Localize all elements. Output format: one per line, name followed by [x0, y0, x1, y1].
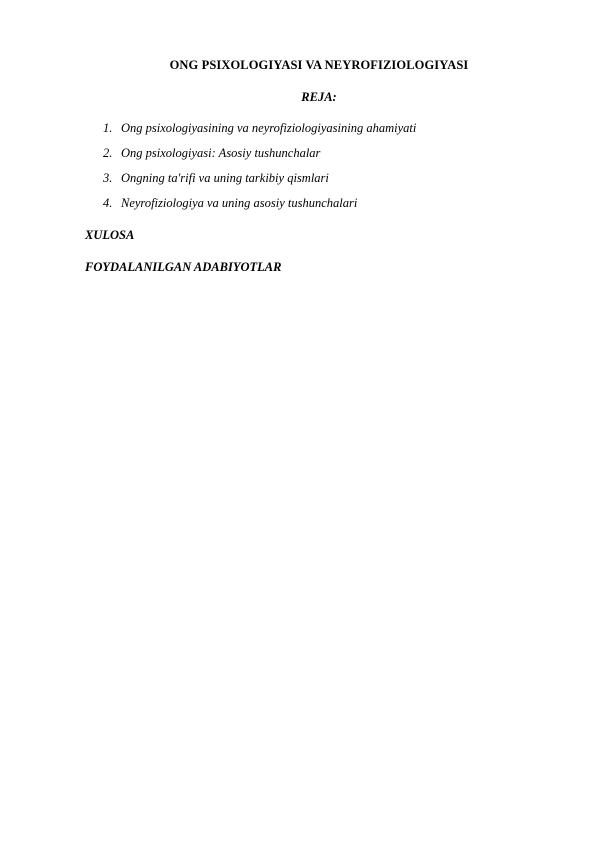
plan-item-text: Neyrofiziologiya va uning asosiy tushunc…	[121, 196, 357, 210]
plan-item-number: 4.	[103, 195, 121, 211]
plan-item: 4.Neyrofiziologiya va uning asosiy tushu…	[103, 195, 416, 220]
plan-item: 2.Ong psixologiyasi: Asosiy tushunchalar	[103, 145, 416, 170]
plan-item-text: Ong psixologiyasi: Asosiy tushunchalar	[121, 146, 320, 160]
document-title: ONG PSIXOLOGIYASI VA NEYROFIZIOLOGIYASI	[0, 58, 596, 73]
conclusion-heading: XULOSA	[85, 228, 134, 243]
plan-list: 1.Ong psixologiyasining va neyrofiziolog…	[103, 120, 416, 220]
plan-heading: REJA:	[0, 90, 596, 105]
plan-item-text: Ong psixologiyasining va neyrofiziologiy…	[121, 121, 416, 135]
plan-item: 3.Ongning ta'rifi va uning tarkibiy qism…	[103, 170, 416, 195]
references-heading: FOYDALANILGAN ADABIYOTLAR	[85, 260, 281, 275]
plan-item-number: 1.	[103, 120, 121, 136]
plan-item-number: 2.	[103, 145, 121, 161]
plan-item: 1.Ong psixologiyasining va neyrofiziolog…	[103, 120, 416, 145]
plan-item-number: 3.	[103, 170, 121, 186]
plan-item-text: Ongning ta'rifi va uning tarkibiy qismla…	[121, 171, 329, 185]
